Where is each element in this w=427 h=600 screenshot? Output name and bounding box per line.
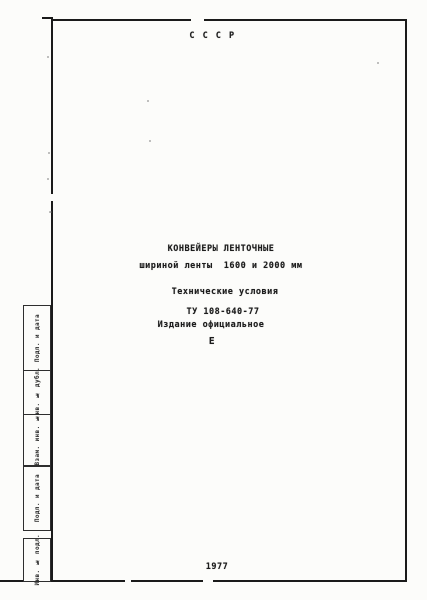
margin-stamp-vzam-inv: Взам. инв. №: [23, 414, 51, 466]
margin-stamp-inv-dubl: Инв. № дубл.: [23, 370, 51, 415]
margin-stamp-sign-date-2: Подп. и дата: [23, 466, 51, 531]
scan-line-break: [203, 579, 213, 583]
document-title-line1: КОНВЕЙЕРЫ ЛЕНТОЧНЫЕ: [101, 244, 341, 254]
page-border-frame: [51, 19, 407, 582]
scan-noise-speck: [47, 56, 49, 58]
document-type: Технические условия: [105, 287, 345, 297]
document-title-line2: шириной ленты 1600 и 2000 мм: [101, 261, 341, 271]
country-header: С С С Р: [140, 31, 285, 41]
scan-line-break: [50, 194, 54, 201]
scan-line-break: [191, 18, 204, 22]
margin-stamp-label: Инв. № подл.: [34, 534, 41, 586]
publication-year: 1977: [97, 562, 337, 572]
margin-stamp-label: Подп. и дата: [34, 474, 41, 522]
document-number: ТУ 108-640-77: [103, 307, 343, 317]
edition-note: Издание официальное: [91, 320, 331, 330]
margin-stamp-label: Подп. и дата: [34, 314, 41, 362]
scan-noise-speck: [377, 62, 379, 64]
scan-noise-speck: [47, 178, 49, 180]
margin-stamp-label: Инв. № дубл.: [34, 367, 41, 419]
scan-line-break: [125, 579, 131, 583]
scan-noise-speck: [147, 100, 149, 102]
margin-stamp-sign-date-1: Подп. и дата: [23, 305, 51, 371]
scanned-document-sheet: С С С Р КОНВЕЙЕРЫ ЛЕНТОЧНЫЕ шириной лент…: [0, 0, 427, 600]
category-letter: Е: [92, 336, 332, 347]
margin-stamp-label: Взам. инв. №: [34, 414, 41, 466]
scan-noise-speck: [49, 211, 52, 213]
scan-noise-speck: [48, 152, 50, 154]
margin-stamp-inv-podl: Инв. № подл.: [23, 538, 51, 582]
scan-noise-speck: [149, 140, 151, 142]
top-border-dash: [42, 17, 53, 19]
